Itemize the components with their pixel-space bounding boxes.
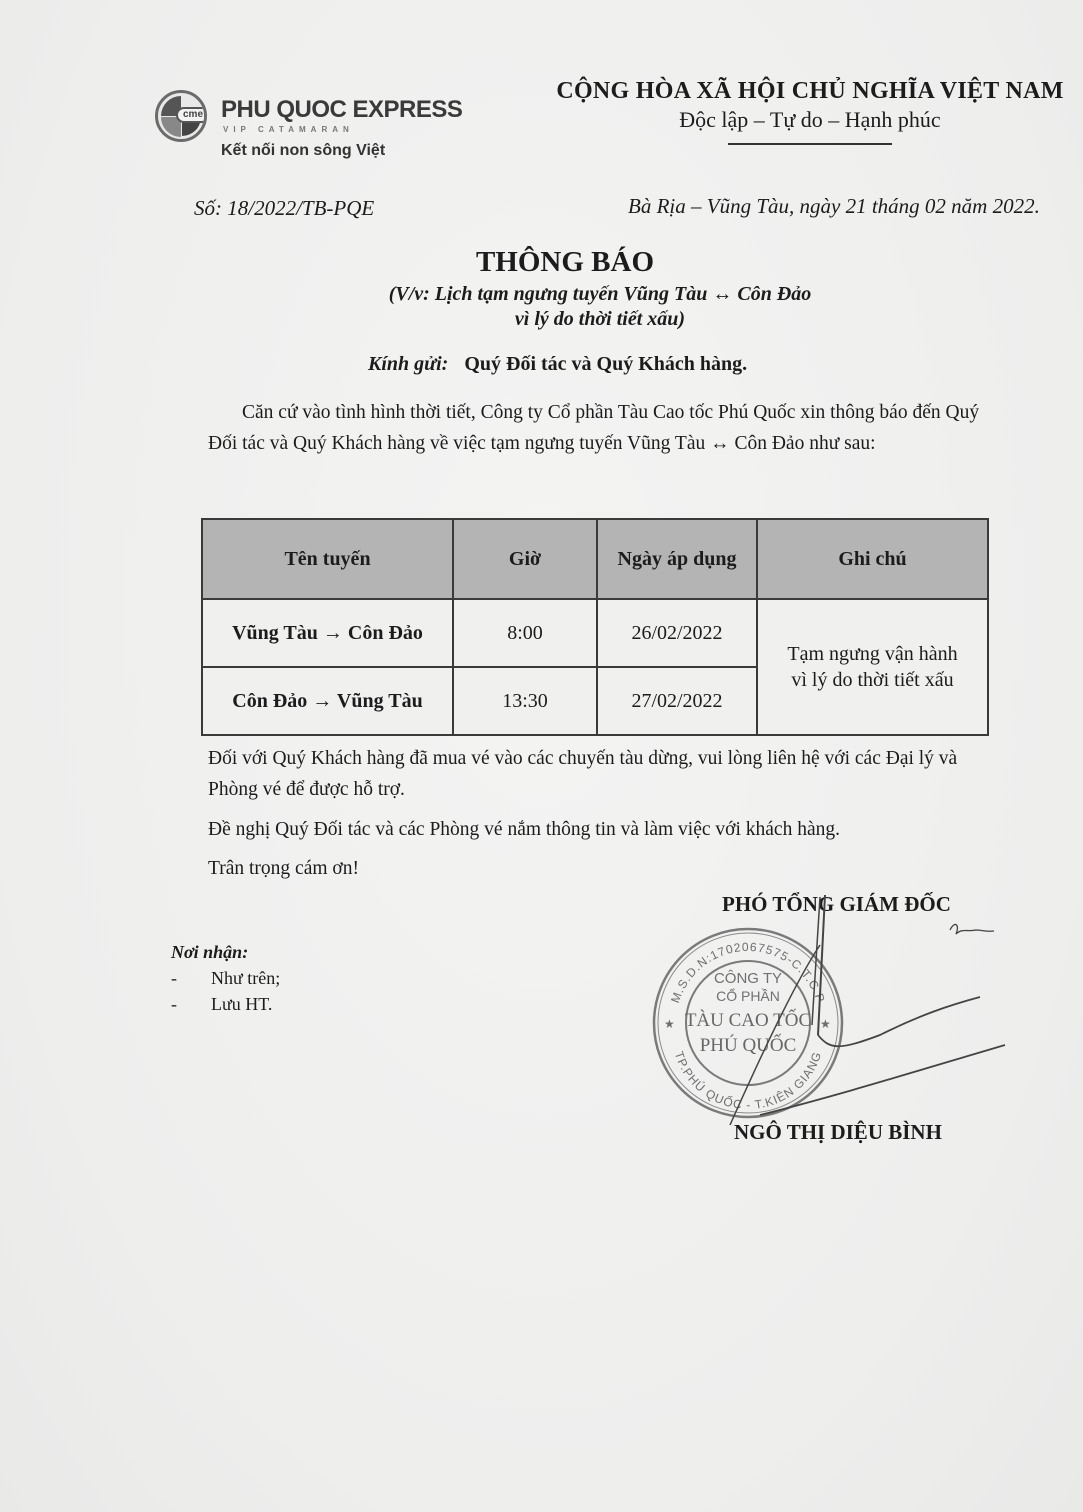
handwritten-signature-icon bbox=[640, 885, 1040, 1155]
header-underline bbox=[728, 143, 892, 145]
signer-name: NGÔ THỊ DIỆU BÌNH bbox=[734, 1120, 942, 1145]
note-cell: Tạm ngưng vận hành vì lý do thời tiết xấ… bbox=[757, 599, 988, 735]
note-line-1: Tạm ngưng vận hành bbox=[759, 641, 986, 667]
brand-slogan: Kết nối non sông Việt bbox=[221, 142, 385, 160]
recipient-text: Như trên; bbox=[211, 968, 280, 989]
table-row: Vũng Tàu → Côn Đảo 8:00 26/02/2022 Tạm n… bbox=[202, 599, 988, 667]
intro-paragraph: Căn cứ vào tình hình thời tiết, Công ty … bbox=[208, 397, 1000, 459]
col-header-route: Tên tuyến bbox=[202, 519, 453, 599]
greeting-recipient: Quý Đối tác và Quý Khách hàng. bbox=[464, 353, 747, 375]
route-cell: Côn Đảo → Vũng Tàu bbox=[202, 667, 453, 735]
col-header-date: Ngày áp dụng bbox=[597, 519, 757, 599]
document-title: THÔNG BÁO bbox=[0, 246, 1083, 279]
col-header-note: Ghi chú bbox=[757, 519, 988, 599]
greeting: Kính gửi:Quý Đối tác và Quý Khách hàng. bbox=[368, 353, 747, 376]
logo-mark-text: cme bbox=[176, 107, 207, 123]
document-place-date: Bà Rịa – Vũng Tàu, ngày 21 tháng 02 năm … bbox=[628, 194, 1040, 219]
closing-text: Trân trọng cám ơn! bbox=[208, 853, 1000, 884]
company-logo: cme PHU QUOC EXPRESS VIP CATAMARAN Kết n… bbox=[155, 88, 475, 168]
recipient-text: Lưu HT. bbox=[211, 994, 272, 1015]
note-line-2: vì lý do thời tiết xấu bbox=[759, 667, 986, 693]
brand-name: PHU QUOC EXPRESS bbox=[221, 96, 462, 124]
subject-line-2: vì lý do thời tiết xấu) bbox=[300, 307, 900, 332]
national-motto: Độc lập – Tự do – Hạnh phúc bbox=[550, 107, 1070, 133]
time-cell: 8:00 bbox=[453, 599, 597, 667]
col-header-time: Giờ bbox=[453, 519, 597, 599]
recipient-item: -Như trên; bbox=[171, 968, 280, 989]
logo-emblem-icon: cme bbox=[155, 90, 207, 142]
recipients-heading: Nơi nhận: bbox=[171, 942, 280, 963]
document-subject: (V/v: Lịch tạm ngưng tuyến Vũng Tàu ↔ Cô… bbox=[300, 282, 900, 332]
subject-line-1: (V/v: Lịch tạm ngưng tuyến Vũng Tàu ↔ Cô… bbox=[300, 282, 900, 307]
national-header: CỘNG HÒA XÃ HỘI CHỦ NGHĨA VIỆT NAM Độc l… bbox=[550, 78, 1070, 145]
date-cell: 27/02/2022 bbox=[597, 667, 757, 735]
document-number: Số: 18/2022/TB-PQE bbox=[194, 196, 374, 221]
brand-tagline: VIP CATAMARAN bbox=[223, 125, 354, 134]
ticket-notice-paragraph: Đối với Quý Khách hàng đã mua vé vào các… bbox=[208, 743, 1000, 805]
table-header-row: Tên tuyến Giờ Ngày áp dụng Ghi chú bbox=[202, 519, 988, 599]
country-name: CỘNG HÒA XÃ HỘI CHỦ NGHĨA VIỆT NAM bbox=[550, 78, 1070, 105]
greeting-label: Kính gửi: bbox=[368, 353, 448, 375]
recipients-block: Nơi nhận: -Như trên; -Lưu HT. bbox=[171, 942, 280, 1015]
date-cell: 26/02/2022 bbox=[597, 599, 757, 667]
recipient-item: -Lưu HT. bbox=[171, 994, 280, 1015]
document-page: cme PHU QUOC EXPRESS VIP CATAMARAN Kết n… bbox=[0, 0, 1083, 1512]
schedule-table: Tên tuyến Giờ Ngày áp dụng Ghi chú Vũng … bbox=[201, 518, 989, 736]
route-cell: Vũng Tàu → Côn Đảo bbox=[202, 599, 453, 667]
request-paragraph: Đề nghị Quý Đối tác và các Phòng vé nắm … bbox=[208, 814, 1000, 845]
time-cell: 13:30 bbox=[453, 667, 597, 735]
